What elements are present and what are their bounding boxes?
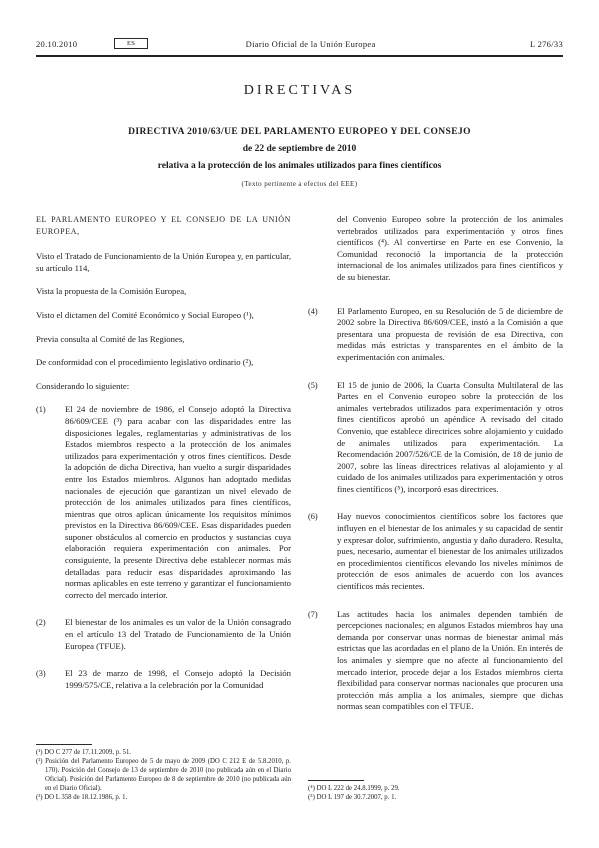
recital-number: (5) <box>308 380 328 496</box>
footnote-3: (³) DO L 358 de 18.12.1986, p. 1. <box>36 793 291 802</box>
recital-gap <box>328 380 337 496</box>
right-column: del Convenio Europeo sobre la protección… <box>308 214 563 810</box>
enacting-parties: EL PARLAMENTO EUROPEO Y EL CONSEJO DE LA… <box>36 214 291 237</box>
eee-relevance-note: (Texto pertinente a efectos del EEE) <box>36 180 563 188</box>
recital-gap <box>328 306 337 364</box>
footnote-rule <box>36 744 92 745</box>
right-footnotes: (⁴) DO L 222 de 24.8.1999, p. 29. (⁵) DO… <box>308 780 563 810</box>
header-date: 20.10.2010 <box>36 39 108 49</box>
citation-treaty: Visto el Tratado de Funcionamiento de la… <box>36 251 291 274</box>
left-column: EL PARLAMENTO EUROPEO Y EL CONSEJO DE LA… <box>36 214 291 810</box>
recital-number: (6) <box>308 511 328 592</box>
directive-title: DIRECTIVA 2010/63/UE DEL PARLAMENTO EURO… <box>36 127 563 137</box>
recital-text: Hay nuevos conocimientos científicos sob… <box>337 511 563 592</box>
citation-proposal: Vista la propuesta de la Comisión Europe… <box>36 286 291 298</box>
recitals-lead-in: Considerando lo siguiente: <box>36 381 291 393</box>
page-header: 20.10.2010 ES Diario Oficial de la Unión… <box>36 38 563 49</box>
recital-number: (2) <box>36 617 56 652</box>
recital-1: (1) El 24 de noviembre de 1986, el Conse… <box>36 404 291 601</box>
journal-title: Diario Oficial de la Unión Europea <box>148 39 473 49</box>
journal-page: 20.10.2010 ES Diario Oficial de la Unión… <box>0 0 599 810</box>
footnote-4: (⁴) DO L 222 de 24.8.1999, p. 29. <box>308 784 563 793</box>
recital-text: El Parlamento Europeo, en su Resolución … <box>337 306 563 364</box>
recital-number: (4) <box>308 306 328 364</box>
directive-title-block: DIRECTIVA 2010/63/UE DEL PARLAMENTO EURO… <box>36 127 563 188</box>
citation-committee-regions: Previa consulta al Comité de las Regione… <box>36 334 291 346</box>
recital-3-continuation: del Convenio Europeo sobre la protección… <box>308 214 563 284</box>
recital-gap <box>56 668 65 691</box>
recital-gap <box>56 404 65 601</box>
footnote-5: (⁵) DO L 197 de 30.7.2007, p. 1. <box>308 793 563 802</box>
recital-text: El 15 de junio de 2006, la Cuarta Consul… <box>337 380 563 496</box>
recital-text: Las actitudes hacia los animales depende… <box>337 609 563 713</box>
footnote-rule <box>308 780 364 781</box>
recital-2: (2) El bienestar de los animales es un v… <box>36 617 291 652</box>
recital-gap <box>328 609 337 713</box>
citation-procedure: De conformidad con el procedimiento legi… <box>36 357 291 369</box>
preamble: EL PARLAMENTO EUROPEO Y EL CONSEJO DE LA… <box>36 214 291 404</box>
two-column-body: EL PARLAMENTO EUROPEO Y EL CONSEJO DE LA… <box>36 214 563 810</box>
directive-subject: relativa a la protección de los animales… <box>36 161 563 171</box>
recital-text: El 23 de marzo de 1998, el Consejo adopt… <box>65 668 291 691</box>
header-rule <box>36 55 563 57</box>
left-footnotes: (¹) DO C 277 de 17.11.2009, p. 51. (²) P… <box>36 744 291 810</box>
recital-gap <box>56 617 65 652</box>
footnote-2: (²) Posición del Parlamento Europeo de 5… <box>36 757 291 793</box>
page-reference: L 276/33 <box>473 39 563 49</box>
recital-7: (7) Las actitudes hacia los animales dep… <box>308 609 563 713</box>
recital-text: El 24 de noviembre de 1986, el Consejo a… <box>65 404 291 601</box>
footnote-1: (¹) DO C 277 de 17.11.2009, p. 51. <box>36 748 291 757</box>
language-badge: ES <box>114 38 148 49</box>
recital-gap <box>328 511 337 592</box>
citation-eesc-opinion: Visto el dictamen del Comité Económico y… <box>36 310 291 322</box>
recital-number: (7) <box>308 609 328 713</box>
recital-text: El bienestar de los animales es un valor… <box>65 617 291 652</box>
recital-6: (6) Hay nuevos conocimientos científicos… <box>308 511 563 592</box>
directive-date: de 22 de septiembre de 2010 <box>36 144 563 154</box>
recital-3: (3) El 23 de marzo de 1998, el Consejo a… <box>36 668 291 691</box>
recital-number: (3) <box>36 668 56 691</box>
recital-5: (5) El 15 de junio de 2006, la Cuarta Co… <box>308 380 563 496</box>
recital-4: (4) El Parlamento Europeo, en su Resoluc… <box>308 306 563 364</box>
recital-number: (1) <box>36 404 56 601</box>
section-heading: DIRECTIVAS <box>36 83 563 99</box>
